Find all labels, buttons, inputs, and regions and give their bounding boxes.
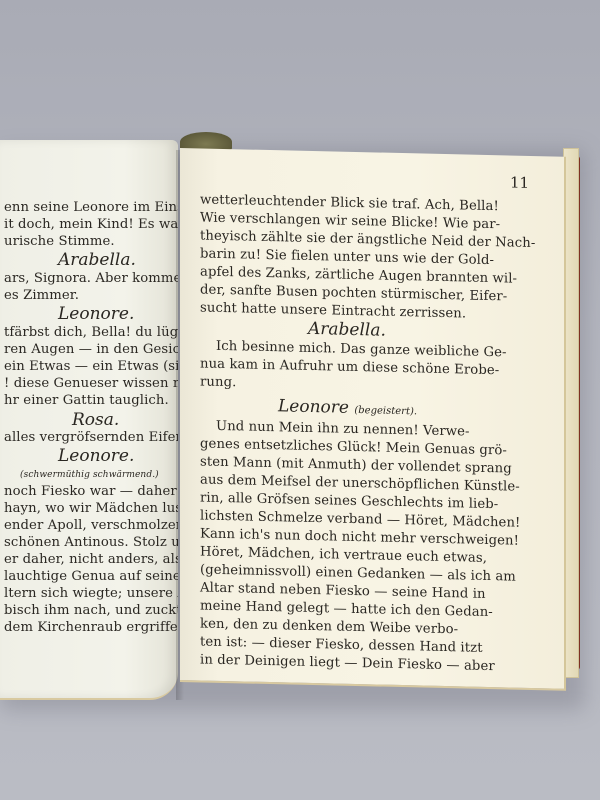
text-line: noch Fiesko war — daher trat i — [4, 484, 178, 500]
text-line: urische Stimme. — [4, 234, 115, 250]
speaker-heading: Arabella. — [58, 250, 136, 270]
speaker-heading: Leonore. — [58, 304, 134, 324]
text-line: ltern sich wiegte; unsere Aug — [4, 586, 178, 602]
text-line: hr einer Gattin tauglich. — [4, 393, 169, 409]
text-line: lauchtige Genua auf seine — [4, 569, 178, 585]
right-page-text: 11 wetterleuchtender Blick sie traf. Ach… — [180, 148, 564, 689]
speaker-heading: Leonore (begeistert). — [278, 396, 417, 419]
text-line: ! diese Genueser wissen nic — [4, 376, 178, 392]
text-line: schönen Antinous. Stolz un — [4, 535, 178, 551]
text-line: bisch ihm nach, und zuckten — [4, 603, 178, 619]
text-line: ein Etwas — ein Etwas (sich wei — [4, 359, 178, 375]
left-page-text: enn seine Leonore im Einsam it doch, mei… — [0, 140, 178, 698]
speaker-heading: Rosa. — [72, 410, 119, 430]
speaker-heading: Leonore. — [58, 446, 134, 466]
speaker-heading: Arabella. — [308, 319, 386, 341]
left-page: enn seine Leonore im Einsam it doch, mei… — [0, 140, 178, 700]
text-line: dem Kirchenraub ergriffen, w — [4, 620, 178, 636]
stage-direction: (begeistert). — [354, 405, 417, 417]
text-line: it doch, mein Kind! Es war Gl — [4, 217, 178, 233]
text-line: tfärbst dich, Bella! du lüge — [4, 325, 178, 341]
text-line: alles vergröfsernden Eifersu — [4, 430, 178, 446]
text-line: enn seine Leonore im Einsam — [4, 200, 178, 216]
right-page: 11 wetterleuchtender Blick sie traf. Ach… — [180, 148, 566, 691]
text-line: ars, Signora. Aber komme — [4, 271, 178, 287]
text-line: ren Augen — in den Gesichte — [4, 342, 178, 358]
text-line: hayn, wo wir Mädchen lustwa — [4, 501, 178, 517]
text-line: er daher, nicht anders, als w — [4, 552, 178, 568]
text-line: ender Apoll, verschmolzen — [4, 518, 178, 534]
text-line: es Zimmer. — [4, 288, 79, 304]
stage-direction: (schwermüthig schwärmend.) — [20, 467, 159, 483]
page-number: 11 — [510, 173, 529, 191]
speaker-name: Leonore — [278, 396, 349, 418]
text-line: rung. — [200, 374, 236, 391]
